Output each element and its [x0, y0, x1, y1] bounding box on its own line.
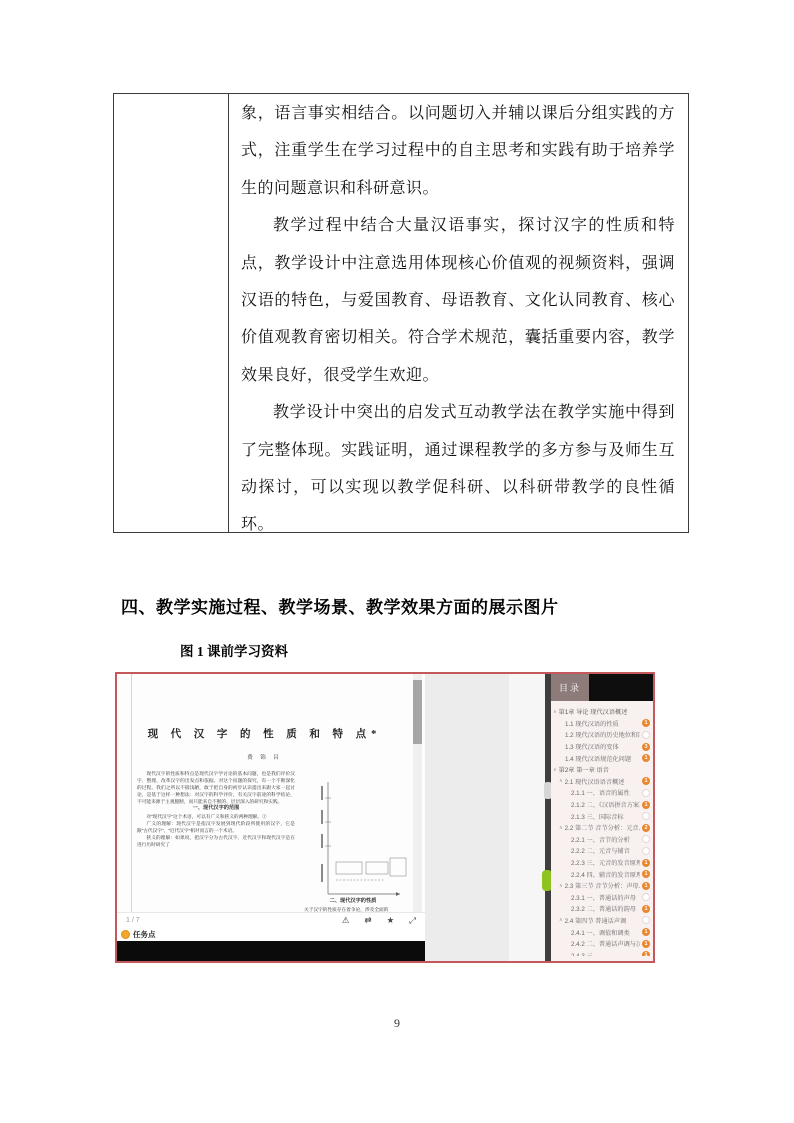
toc-item[interactable]: 1.2 现代汉语的历史地位和国际地位: [551, 729, 653, 741]
toc-item[interactable]: 2.1.2 二、《汉语拼音方案》1: [551, 799, 653, 811]
progress-circle-icon: [642, 812, 650, 820]
swap-icon[interactable]: ⇄: [364, 916, 371, 925]
scan-paragraph: 现代汉字的性质和特点是现代汉字学讨论的基本问题，也是我们评价汉字、整理、改革汉字…: [137, 770, 295, 805]
toc-item[interactable]: 1.4 现代汉语规范化问题1: [551, 752, 653, 764]
toc-item[interactable]: 2.4.3 三、…1: [551, 949, 653, 956]
classification-diagram: [302, 776, 410, 912]
toc-item[interactable]: ∧2.3 第三节 音节分析：声母...1: [551, 880, 653, 892]
panel-gap: [509, 674, 545, 961]
toc-item[interactable]: 2.2.1 一、音节的分析: [551, 834, 653, 846]
task-count-badge: 1: [642, 870, 650, 878]
toc-item[interactable]: ∧第2章 第一章 语音: [551, 764, 653, 776]
tab-toc[interactable]: 目录: [551, 674, 589, 701]
toc-item-label: 2.2 第二节 音节分析：元音...: [565, 823, 640, 832]
task-count-badge: 1: [642, 777, 650, 785]
task-count-badge: 2: [642, 824, 650, 832]
scrollbar-thumb[interactable]: [413, 680, 422, 744]
collapse-icon[interactable]: ∧: [559, 825, 563, 831]
collapse-icon[interactable]: ∧: [559, 778, 563, 784]
table-paragraph: 教学过程中结合大量汉语事实，探讨汉字的性质和特点，教学设计中注意选用体现核心价值…: [241, 207, 675, 394]
collapse-icon[interactable]: ∧: [559, 917, 563, 923]
task-count-badge: 1: [642, 801, 650, 809]
toc-item-label: 2.4.3 三、…: [571, 951, 640, 956]
fullscreen-icon[interactable]: ⤢: [409, 916, 416, 925]
progress-circle-icon: [642, 916, 650, 924]
task-count-badge: 1: [642, 754, 650, 762]
figure-caption: 图 1 课前学习资料: [180, 640, 288, 660]
toc-header: 目录: [551, 674, 653, 701]
scan-column-right: 二、现代汉字的性质 关于汉字的性质存在着争论，涉及全面的: [302, 770, 404, 912]
toc-item[interactable]: 1.1 现代汉语的性质1: [551, 718, 653, 730]
progress-circle-icon: [642, 789, 650, 797]
toc-list: ∧第1章 导论 现代汉语概述1.1 现代汉语的性质11.2 现代汉语的历史地位和…: [551, 701, 653, 956]
table-paragraph: 教学设计中突出的启发式互动教学法在教学实施中得到了完整体现。实践证明，通过课程教…: [241, 394, 675, 544]
warning-icon[interactable]: ⚠: [342, 916, 350, 925]
progress-circle-icon: [642, 835, 650, 843]
task-count-badge: 1: [642, 859, 650, 867]
toc-item[interactable]: ∧2.1 现代汉语语音概述1: [551, 776, 653, 788]
toc-item[interactable]: 2.4.1 一、调值和调类1: [551, 926, 653, 938]
toc-item-label: 2.4.1 一、调值和调类: [571, 928, 640, 937]
toc-item[interactable]: 2.2.4 四、辅音的发音原理1: [551, 868, 653, 880]
viewer-toolbar: 1 / 7 ⚠⇄★⤢: [117, 912, 425, 927]
collapse-icon[interactable]: ∧: [559, 883, 563, 889]
task-count-badge: 1: [642, 940, 650, 948]
scan-columns: 现代汉字的性质和特点是现代汉字学讨论的基本问题，也是我们评价汉字、整理、改革汉字…: [137, 770, 404, 912]
scan-section2-heading: 二、现代汉字的性质: [302, 897, 404, 904]
page-indicator: 1 / 7: [126, 917, 140, 924]
table-cell-right: 象，语言事实相结合。以问题切入并辅以课后分组实践的方式，注重学生在学习过程中的自…: [229, 94, 688, 532]
toc-item-label: 1.4 现代汉语规范化问题: [565, 754, 640, 763]
toc-item-label: 2.1.1 一、语音的属性: [571, 788, 640, 797]
scan-paragraph: 关于汉字的性质存在着争论，涉及全面的: [304, 907, 404, 912]
toc-item[interactable]: 2.1.3 三、国际音标: [551, 810, 653, 822]
collapse-icon[interactable]: ∧: [553, 767, 557, 773]
toc-item-label: 2.3.2 二、普通话的韵母: [571, 904, 640, 913]
toc-item-label: 第1章 导论 现代汉语概述: [559, 707, 650, 716]
scan-column-left: 现代汉字的性质和特点是现代汉字学讨论的基本问题，也是我们评价汉字、整理、改革汉字…: [137, 770, 295, 912]
collapse-icon[interactable]: ∧: [553, 709, 557, 715]
scan-author: 费 锦 昌: [117, 753, 412, 761]
task-point-label: 任务点: [133, 929, 156, 940]
toc-item-label: 2.2.2 二、元音与辅音: [571, 846, 640, 855]
toc-sidebar: 目录 ∧第1章 导论 现代汉语概述1.1 现代汉语的性质11.2 现代汉语的历史…: [551, 674, 653, 961]
toc-item[interactable]: 1.3 现代汉语的变体3: [551, 741, 653, 753]
toc-item-label: 2.2.4 四、辅音的发音原理: [571, 870, 640, 879]
toc-item-label: 2.4.2 二、普通话声调与汉...: [571, 939, 640, 948]
toc-item[interactable]: 2.2.2 二、元音与辅音: [551, 845, 653, 857]
scan-title: 现 代 汉 字 的 性 质 和 特 点*: [117, 726, 412, 741]
toc-item-label: 2.3 第三节 音节分析：声母...: [565, 881, 640, 890]
scan-paragraph: 对“现代汉字”这个术语，可以有广义和狭义的两种理解。①: [137, 813, 295, 820]
toc-item[interactable]: 2.1.1 一、语音的属性: [551, 787, 653, 799]
page-margin-line: [131, 674, 132, 912]
scan-paragraph: 狭义的理解：如果说，把汉字分为古代汉字、近代汉字和现代汉字是在进行历时研究了: [137, 834, 295, 848]
task-count-badge: 1: [642, 951, 650, 956]
toc-item[interactable]: 2.2.3 三、元音的发音原理1: [551, 857, 653, 869]
progress-circle-icon: [642, 893, 650, 901]
page-number: 9: [0, 1016, 794, 1031]
toc-item[interactable]: 2.3.2 二、普通话的韵母1: [551, 903, 653, 915]
toc-item-label: 1.2 现代汉语的历史地位和国际地位: [565, 730, 640, 739]
toc-item-label: 2.2.1 一、音节的分析: [571, 835, 640, 844]
toc-item-label: 2.1.3 三、国际音标: [571, 812, 640, 821]
toc-item-label: 2.1.2 二、《汉语拼音方案》: [571, 800, 640, 809]
toc-item-label: 2.2.3 三、元音的发音原理: [571, 858, 640, 867]
toc-item[interactable]: ∧第1章 导论 现代汉语概述: [551, 706, 653, 718]
toc-item-label: 2.1 现代汉语语音概述: [565, 777, 640, 786]
task-count-badge: 1: [642, 882, 650, 890]
document-page: 象，语言事实相结合。以问题切入并辅以课后分组实践的方式，注重学生在学习过程中的自…: [0, 0, 794, 1123]
video-placeholder[interactable]: [117, 941, 425, 961]
task-count-badge: 3: [642, 743, 650, 751]
viewer-scrollbar[interactable]: [413, 674, 422, 912]
task-point-icon: [121, 930, 130, 939]
figure-screenshot: 现 代 汉 字 的 性 质 和 特 点* 费 锦 昌 现代汉字的性质和特点是现代…: [115, 672, 655, 963]
review-table: 象，语言事实相结合。以问题切入并辅以课后分组实践的方式，注重学生在学习过程中的自…: [113, 93, 689, 533]
toc-item-label: 2.3.1 一、普通话的声母: [571, 893, 640, 902]
task-count-badge: 1: [642, 928, 650, 936]
scanned-page: 现 代 汉 字 的 性 质 和 特 点* 费 锦 昌 现代汉字的性质和特点是现代…: [117, 674, 412, 912]
progress-circle-icon: [642, 731, 650, 739]
toc-item-label: 1.1 现代汉语的性质: [565, 719, 640, 728]
toc-item[interactable]: 2.4.2 二、普通话声调与汉...1: [551, 938, 653, 950]
toc-item[interactable]: ∧2.4 第四节 普通话声调: [551, 915, 653, 927]
table-cell-left: [114, 94, 229, 532]
toc-item[interactable]: ∧2.2 第二节 音节分析：元音...2: [551, 822, 653, 834]
table-paragraph: 象，语言事实相结合。以问题切入并辅以课后分组实践的方式，注重学生在学习过程中的自…: [241, 95, 675, 207]
scan-paragraph: 广义的理解：现代汉字是指汉字发展到现代阶段所使用的汉字，它是跟“古代汉字”、“近…: [137, 820, 295, 834]
progress-circle-icon: [642, 847, 650, 855]
section-heading: 四、教学实施过程、教学场景、教学效果方面的展示图片: [121, 593, 559, 618]
toc-item-label: 2.4 第四节 普通话声调: [565, 916, 640, 925]
star-icon[interactable]: ★: [387, 916, 395, 925]
toc-item-label: 1.3 现代汉语的变体: [565, 742, 640, 751]
toc-item[interactable]: 2.3.1 一、普通话的声母: [551, 892, 653, 904]
document-viewer: 现 代 汉 字 的 性 质 和 特 点* 费 锦 昌 现代汉字的性质和特点是现代…: [117, 674, 425, 961]
task-point-row[interactable]: 任务点: [117, 927, 425, 941]
task-count-badge: 1: [642, 905, 650, 913]
task-count-badge: 1: [642, 719, 650, 727]
scan-section-heading: 一、现代汉字的范围: [137, 805, 295, 812]
doc-canvas: 现 代 汉 字 的 性 质 和 特 点* 费 锦 昌 现代汉字的性质和特点是现代…: [117, 674, 425, 912]
toc-item-label: 第2章 第一章 语音: [559, 765, 650, 774]
viewer-icon-group: ⚠⇄★⤢: [342, 916, 416, 925]
